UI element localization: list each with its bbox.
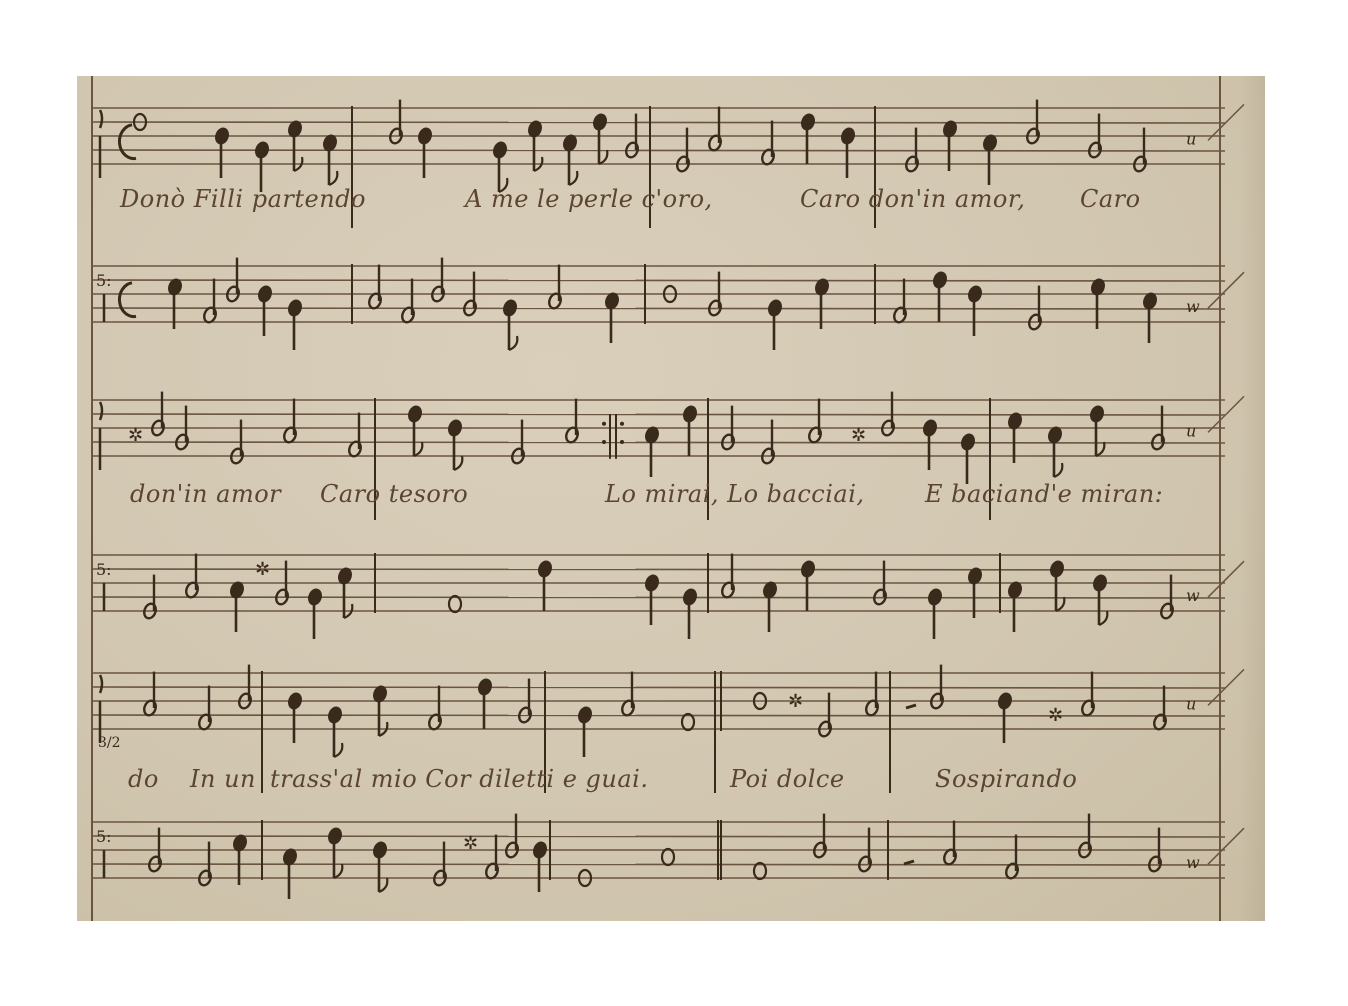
staff-line	[92, 308, 1225, 309]
lyric-text: In un	[190, 765, 256, 793]
staff-line	[92, 122, 1225, 123]
sharp-icon: ✲	[851, 425, 866, 446]
rest-icon	[904, 861, 914, 864]
lyric-text: E baciand'e miran:	[925, 480, 1163, 508]
sharp-icon: ✲	[128, 425, 143, 446]
lyric-text: trass'al mio Cor diletti e guai.	[270, 765, 648, 793]
repeat-dot	[602, 422, 606, 426]
custos-mark: u	[1186, 421, 1196, 440]
mensuration-c-icon	[119, 125, 136, 159]
breve-note	[662, 849, 674, 865]
rest-icon	[906, 705, 916, 708]
sharp-icon: ✲	[788, 691, 803, 712]
lyric-text: Donò Filli partendo	[120, 185, 366, 213]
c-clef-icon	[100, 402, 102, 470]
lyric-text: Sospirando	[935, 765, 1077, 793]
c-clef-icon	[100, 675, 102, 743]
f-clef-icon: 5:	[96, 827, 112, 846]
lyric-text: A me le perle c'oro,	[465, 185, 713, 213]
staff-line	[92, 414, 1225, 415]
repeat-dot	[620, 440, 624, 444]
staff-line	[92, 280, 1225, 281]
manuscript-page: u5:w✲✲u5:✲w3/2✲✲u5:✲w Donò Filli partend…	[77, 76, 1265, 921]
custos-guide-line	[1208, 272, 1244, 308]
sharp-icon: ✲	[463, 833, 478, 854]
custos-mark: w	[1186, 586, 1200, 605]
custos-mark: w	[1186, 297, 1200, 316]
sharp-icon: ✲	[1048, 705, 1063, 726]
custos-mark: u	[1186, 694, 1196, 713]
f-clef-icon: 5:	[96, 271, 112, 290]
custos-guide-line	[1208, 828, 1244, 864]
breve-note	[754, 863, 766, 879]
custos-guide-line	[1208, 561, 1244, 597]
f-clef-icon: 5:	[96, 560, 112, 579]
repeat-dot	[620, 422, 624, 426]
time-signature: 3/2	[98, 735, 121, 751]
repeat-dot	[602, 440, 606, 444]
sharp-icon: ✲	[255, 559, 270, 580]
lyric-text: do	[128, 765, 159, 793]
lyric-text: don'in amor	[130, 480, 281, 508]
note-head	[1150, 433, 1165, 451]
lyric-text: Caro	[1080, 185, 1141, 213]
lyric-text: Caro don'in amor,	[800, 185, 1025, 213]
breve-note	[682, 714, 694, 730]
lyric-text: Poi dolce	[730, 765, 845, 793]
custos-mark: u	[1186, 129, 1196, 148]
lyric-text: Lo mirai, Lo bacciai,	[605, 480, 865, 508]
lyric-text: Caro tesoro	[320, 480, 468, 508]
mensuration-c-icon	[119, 283, 136, 317]
c-clef-icon	[100, 110, 102, 178]
note-head	[1147, 855, 1162, 873]
note-head	[1087, 141, 1102, 159]
custos-mark: w	[1186, 853, 1200, 872]
breve-note	[449, 596, 461, 612]
